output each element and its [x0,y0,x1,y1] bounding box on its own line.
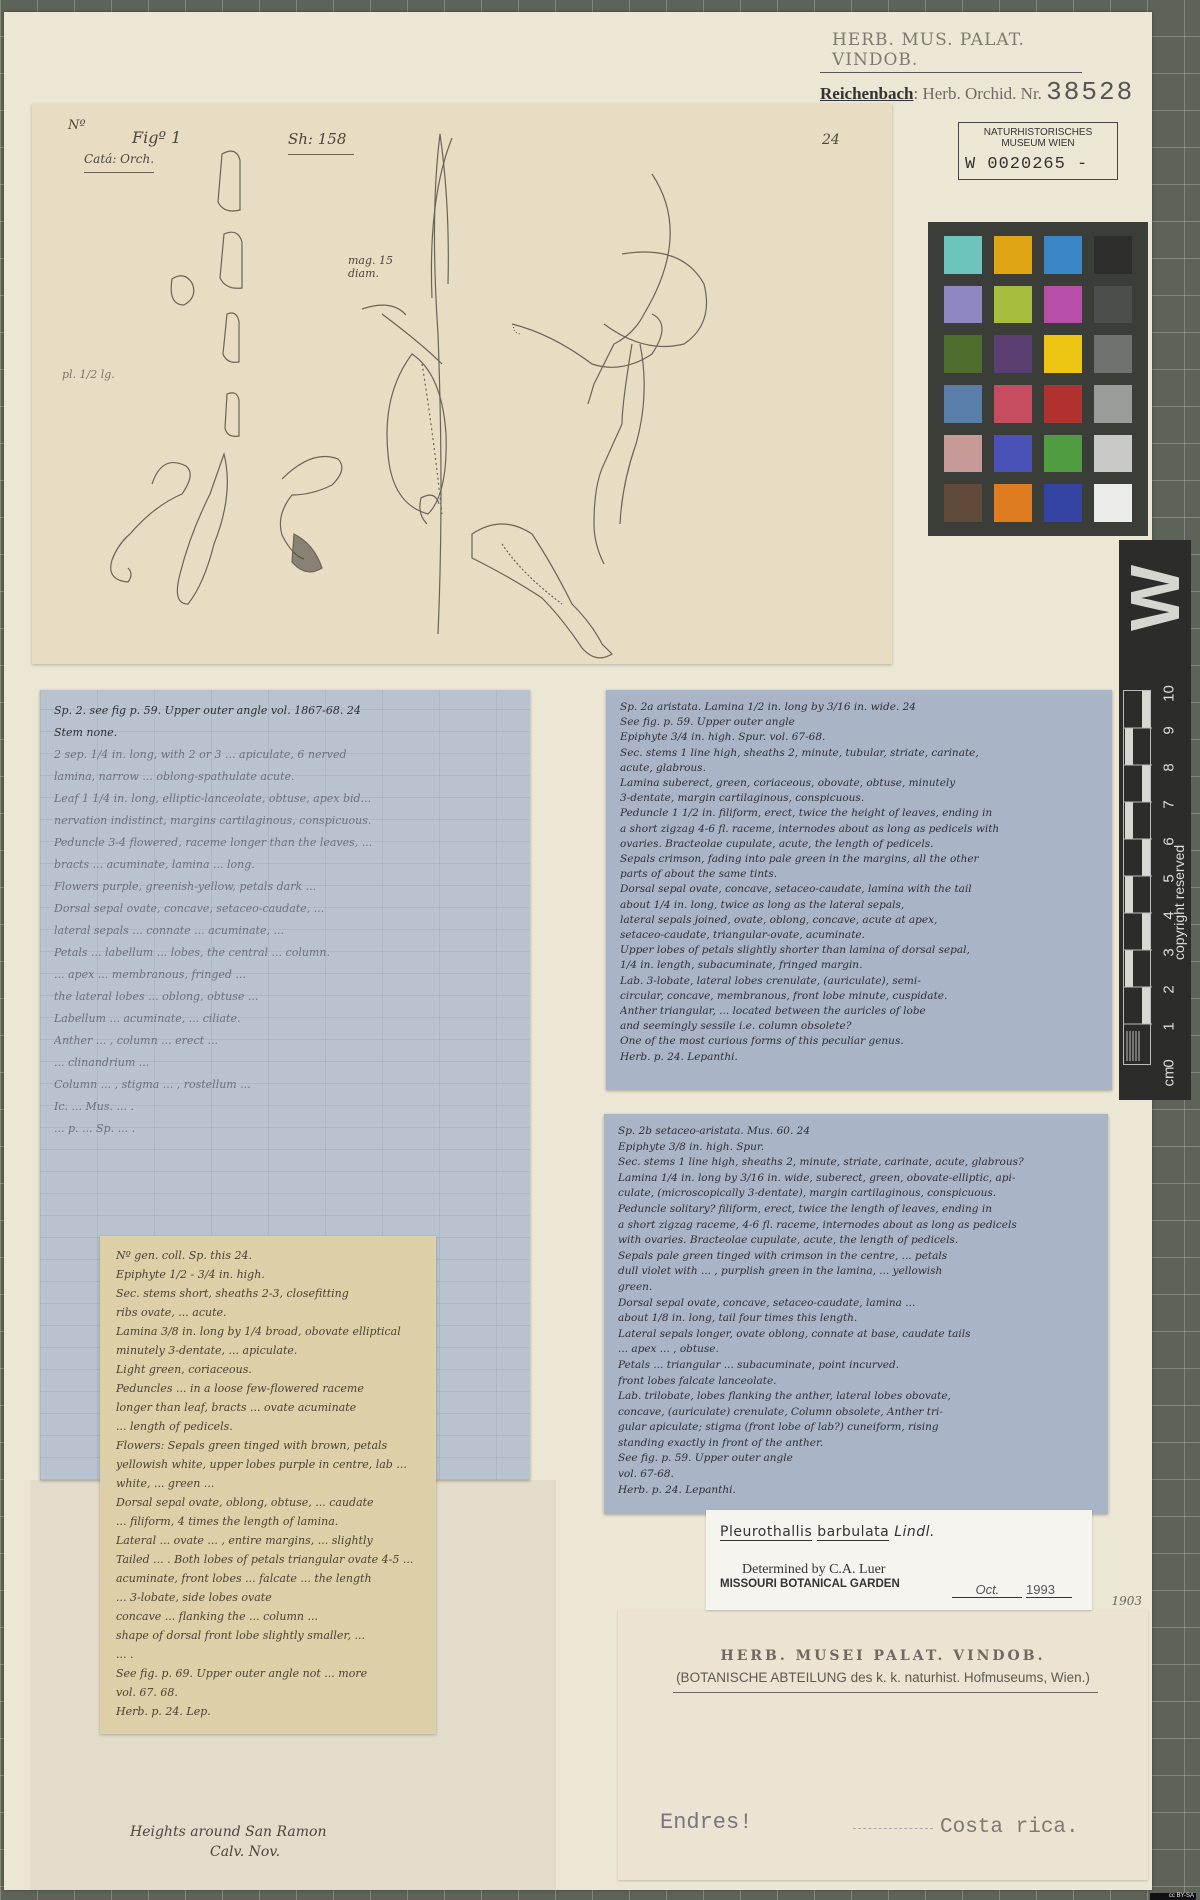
note-line: Sepals pale green tinged with crimson in… [618,1249,1094,1265]
note-line: front lobes falcate lanceolate. [618,1374,1094,1390]
scale-tick-label: 8 [1161,758,1178,778]
color-swatch [994,484,1032,522]
note-line: Flowers purple, greenish-yellow, petals … [54,876,516,898]
note-line: the lateral lobes ... oblong, obtuse ... [54,986,516,1008]
note-line: Sec. stems short, sheaths 2-3, closefitt… [116,1284,420,1303]
note-line: Petals ... triangular ... subacuminate, … [618,1358,1094,1374]
color-swatch [1044,286,1082,324]
herbarium-header-stamp: HERB. MUS. PALAT. VINDOB. Reichenbach: H… [820,30,1160,107]
note-line: culate, (microscopically 3-dentate), mar… [618,1186,1094,1202]
note-line: Epiphyte 3/4 in. high. Spur. vol. 67-68. [620,730,1098,745]
note-line: Peduncle 1 1/2 in. filiform, erect, twic… [620,806,1098,821]
note-line: white, ... green ... [116,1474,420,1493]
margin-mark: 1903 [1111,1594,1142,1608]
scale-ruler-blocks [1123,690,1151,1065]
note-line: See fig. p. 59. Upper outer angle [620,715,1098,730]
note-line: ... length of pedicels. [116,1417,420,1436]
label-dotted-line [853,1828,933,1829]
color-swatch [1094,335,1132,373]
note-line: Sp. 2. see fig p. 59. Upper outer angle … [54,700,516,722]
note-line: Peduncle 3-4 flowered, raceme longer tha… [54,832,516,854]
note-line: vol. 67. 68. [116,1683,420,1702]
taxon-species: barbulata [817,1524,889,1541]
note-line: gular apiculate; stigma (front lobe of l… [618,1420,1094,1436]
collection-country: Costa rica. [940,1816,1079,1839]
collection-prefix: Reichenbach [820,84,914,103]
note-line: acuminate, front lobes ... falcate ... t… [116,1569,420,1588]
color-swatch [1044,435,1082,473]
note-line: Sec. stems 1 line high, sheaths 2, minut… [620,746,1098,761]
note-line: Anther ... , column ... erect ... [54,1030,516,1052]
specimen-id: W 0020265 - [965,155,1111,174]
color-swatch [994,236,1032,274]
note-line: shape of dorsal front lobe slightly smal… [116,1626,420,1645]
note-line: Ic. ... Mus. ... . [54,1096,516,1118]
museum-id-stamp: NATURHISTORISCHES MUSEUM WIEN W 0020265 … [958,122,1118,180]
color-swatch [994,435,1032,473]
collection-number: 38528 [1046,77,1134,107]
note-line: a short zigzag raceme, 4-6 fl. raceme, i… [618,1218,1094,1234]
collector-name: Endres! [660,1810,752,1835]
determination-month: Oct. [952,1582,1022,1598]
color-swatch [1094,385,1132,423]
note-line: yellowish white, upper lobes purple in c… [116,1455,420,1474]
determination-date: Oct. 1993 [952,1582,1072,1598]
note-line: Light green, coriaceous. [116,1360,420,1379]
note-line: 3-dentate, margin cartilaginous, conspic… [620,791,1098,806]
note-line: and seemingly sessile i.e. column obsole… [620,1019,1098,1034]
color-swatch [944,335,982,373]
note-line: setaceo-caudate, triangular-ovate, acumi… [620,928,1098,943]
color-swatch [944,286,982,324]
note-line: 1/4 in. length, subacuminate, fringed ma… [620,958,1098,973]
note-line: Sec. stems 1 line high, sheaths 2, minut… [618,1155,1094,1171]
note-line: Herb. p. 24. Lepanthi. [620,1050,1098,1065]
note-line: Lateral ... ovate ... , entire margins, … [116,1531,420,1550]
note-line: dull violet with ... , purplish green in… [618,1264,1094,1280]
note-line: longer than leaf, bracts ... ovate acumi… [116,1398,420,1417]
color-swatch [1094,484,1132,522]
note-line: Lamina 3/8 in. long by 1/4 broad, obovat… [116,1322,420,1341]
taxon-name: Pleurothallis barbulata Lindl. [720,1524,1078,1540]
note-line: Lab. 3-lobate, lateral lobes crenulate, … [620,974,1098,989]
note-line: ribs ovate, ... acute. [116,1303,420,1322]
collection-line: Reichenbach: Herb. Orchid. Nr. 38528 [820,77,1160,107]
color-swatch [944,236,982,274]
note-line: Herb. p. 24. Lepanthi. [618,1483,1094,1499]
determination-label: Pleurothallis barbulata Lindl. Determine… [706,1510,1092,1610]
license-badge: cc BY-SA [1150,1893,1196,1900]
scale-tick-label: 2 [1161,980,1178,1000]
note-line: nervation indistinct, margins cartilagin… [54,810,516,832]
color-swatch [994,335,1032,373]
museum-label: 1903 HERB. MUSEI PALAT. VINDOB. (BOTANIS… [618,1610,1148,1880]
note-line: Column ... , stigma ... , rostellum ... [54,1074,516,1096]
field-note-right-top: Sp. 2a aristata. Lamina 1/2 in. long by … [606,690,1112,1090]
note-line: See fig. p. 69. Upper outer angle not ..… [116,1664,420,1683]
note-line: parts of about the same tints. [620,867,1098,882]
note-line: Lateral sepals longer, ovate oblong, con… [618,1327,1094,1343]
note-line: lateral sepals ... connate ... acuminate… [54,920,516,942]
scale-bar: W [1119,540,1191,1100]
note-line: Dorsal sepal ovate, oblong, obtuse, ... … [116,1493,420,1512]
scale-tick-label: 1 [1161,1017,1178,1037]
note-line: Flowers: Sepals green tinged with brown,… [116,1436,420,1455]
field-note-right-bottom: Sp. 2b setaceo-aristata. Mus. 60. 24Epip… [604,1114,1108,1514]
note-line: Epiphyte 1/2 - 3/4 in. high. [116,1265,420,1284]
note-line: ... p. ... Sp. ... . [54,1118,516,1140]
collection-rest: : Herb. Orchid. Nr. [914,84,1042,103]
note-line: 2 sep. 1/4 in. long, with 2 or 3 ... api… [54,744,516,766]
note-line: Nº gen. coll. Sp. this 24. [116,1246,420,1265]
locality-line-1: Heights around San Ramon [130,1822,326,1842]
note-line: Epiphyte 3/8 in. high. Spur. [618,1140,1094,1156]
color-calibration-chart [928,222,1148,536]
note-line: Dorsal sepal ovate, concave, setaceo-cau… [618,1296,1094,1312]
color-swatch [994,385,1032,423]
note-line: with ovaries. Bracteolae cupulate, acute… [618,1233,1094,1249]
note-line: ... clinandrium ... [54,1052,516,1074]
scale-tick-label: 10 [1161,684,1178,704]
note-line: lateral sepals joined, ovate, oblong, co… [620,913,1098,928]
note-line: Peduncle solitary? filiform, erect, twic… [618,1202,1094,1218]
note-line: Herb. p. 24. Lep. [116,1702,420,1721]
w-logo: W [1100,579,1200,631]
note-line: concave, (auriculate) crenulate, Column … [618,1405,1094,1421]
note-line: Anther triangular, ... located between t… [620,1004,1098,1019]
herbarium-title: HERB. MUS. PALAT. VINDOB. [820,30,1082,73]
note-line: ovaries. Bracteolae cupulate, acute, the… [620,837,1098,852]
note-line: Lamina suberect, green, coriaceous, obov… [620,776,1098,791]
locality-note: Heights around San Ramon Calv. Nov. [130,1822,326,1862]
note-line: Sp. 2a aristata. Lamina 1/2 in. long by … [620,700,1098,715]
unit-label: cm [1161,1067,1178,1087]
note-line: about 1/4 in. long, twice as long as the… [620,898,1098,913]
note-line: Lamina 1/4 in. long by 3/16 in. wide, su… [618,1171,1094,1187]
color-swatch [994,286,1032,324]
note-line: ... filiform, 4 times the length of lami… [116,1512,420,1531]
note-line: about 1/8 in. long, tail four times this… [618,1311,1094,1327]
note-line: See fig. p. 59. Upper outer angle [618,1451,1094,1467]
museum-label-title: HERB. MUSEI PALAT. VINDOB. [618,1648,1148,1664]
field-note-yellow: Nº gen. coll. Sp. this 24.Epiphyte 1/2 -… [100,1236,436,1734]
note-line: Leaf 1 1/4 in. long, elliptic-lanceolate… [54,788,516,810]
note-line: green. [618,1280,1094,1296]
note-line: ... . [116,1645,420,1664]
determination-year: 1993 [1026,1582,1072,1598]
orchid-sketch-drawing [32,104,892,664]
color-swatch [1094,236,1132,274]
scale-tick-label: 7 [1161,795,1178,815]
note-line: Petals ... labellum ... lobes, the centr… [54,942,516,964]
color-swatch [1044,484,1082,522]
museum-label-subtitle: (BOTANISCHE ABTEILUNG des k. k. naturhis… [618,1670,1148,1685]
color-swatch [1044,335,1082,373]
color-swatch [1094,286,1132,324]
note-line: Labellum ... acuminate, ... ciliate. [54,1008,516,1030]
note-line: ... 3-lobate, side lobes ovate [116,1588,420,1607]
note-line: concave ... flanking the ... column ... [116,1607,420,1626]
note-line: Upper lobes of petals slightly shorter t… [620,943,1098,958]
color-swatch [944,385,982,423]
note-line: Sp. 2b setaceo-aristata. Mus. 60. 24 [618,1124,1094,1140]
note-line: ... apex ... , obtuse. [618,1342,1094,1358]
note-line: standing exactly in front of the anther. [618,1436,1094,1452]
locality-line-2: Calv. Nov. [130,1842,326,1862]
note-line: a short zigzag 4-6 fl. raceme, internode… [620,822,1098,837]
stamp-line-1: NATURHISTORISCHES [965,127,1111,138]
determiner: Determined by C.A. Luer [720,1562,1078,1578]
stamp-line-2: MUSEUM WIEN [965,138,1111,149]
note-line: circular, concave, membranous, front lob… [620,989,1098,1004]
copyright-text: copyright reserved [1171,845,1187,960]
color-swatch [944,435,982,473]
note-line: lamina, narrow ... oblong-spathulate acu… [54,766,516,788]
color-swatch [1044,385,1082,423]
scale-tick-label: 9 [1161,721,1178,741]
taxon-author: Lindl. [894,1524,935,1540]
note-line: Sepals crimson, fading into pale green i… [620,852,1098,867]
taxon-genus: Pleurothallis [720,1524,812,1541]
note-line: Stem none. [54,722,516,744]
color-swatch [1094,435,1132,473]
note-line: Dorsal sepal ovate, concave, setaceo-cau… [54,898,516,920]
botanical-drawing-sheet: Nº Figº 1 Catá: Orch. Sh: 158 24 mag. 15… [32,104,892,664]
note-line: minutely 3-dentate, ... apiculate. [116,1341,420,1360]
label-divider [673,1692,1098,1693]
note-line: Lab. trilobate, lobes flanking the anthe… [618,1389,1094,1405]
color-swatch [944,484,982,522]
color-swatch [1044,236,1082,274]
note-line: One of the most curious forms of this pe… [620,1034,1098,1049]
note-line: ... apex ... membranous, fringed ... [54,964,516,986]
note-line: acute, glabrous. [620,761,1098,776]
note-line: Tailed ... . Both lobes of petals triang… [116,1550,420,1569]
note-line: Dorsal sepal ovate, concave, setaceo-cau… [620,882,1098,897]
note-line: Peduncles ... in a loose few-flowered ra… [116,1379,420,1398]
note-line: bracts ... acuminate, lamina ... long. [54,854,516,876]
note-line: vol. 67-68. [618,1467,1094,1483]
